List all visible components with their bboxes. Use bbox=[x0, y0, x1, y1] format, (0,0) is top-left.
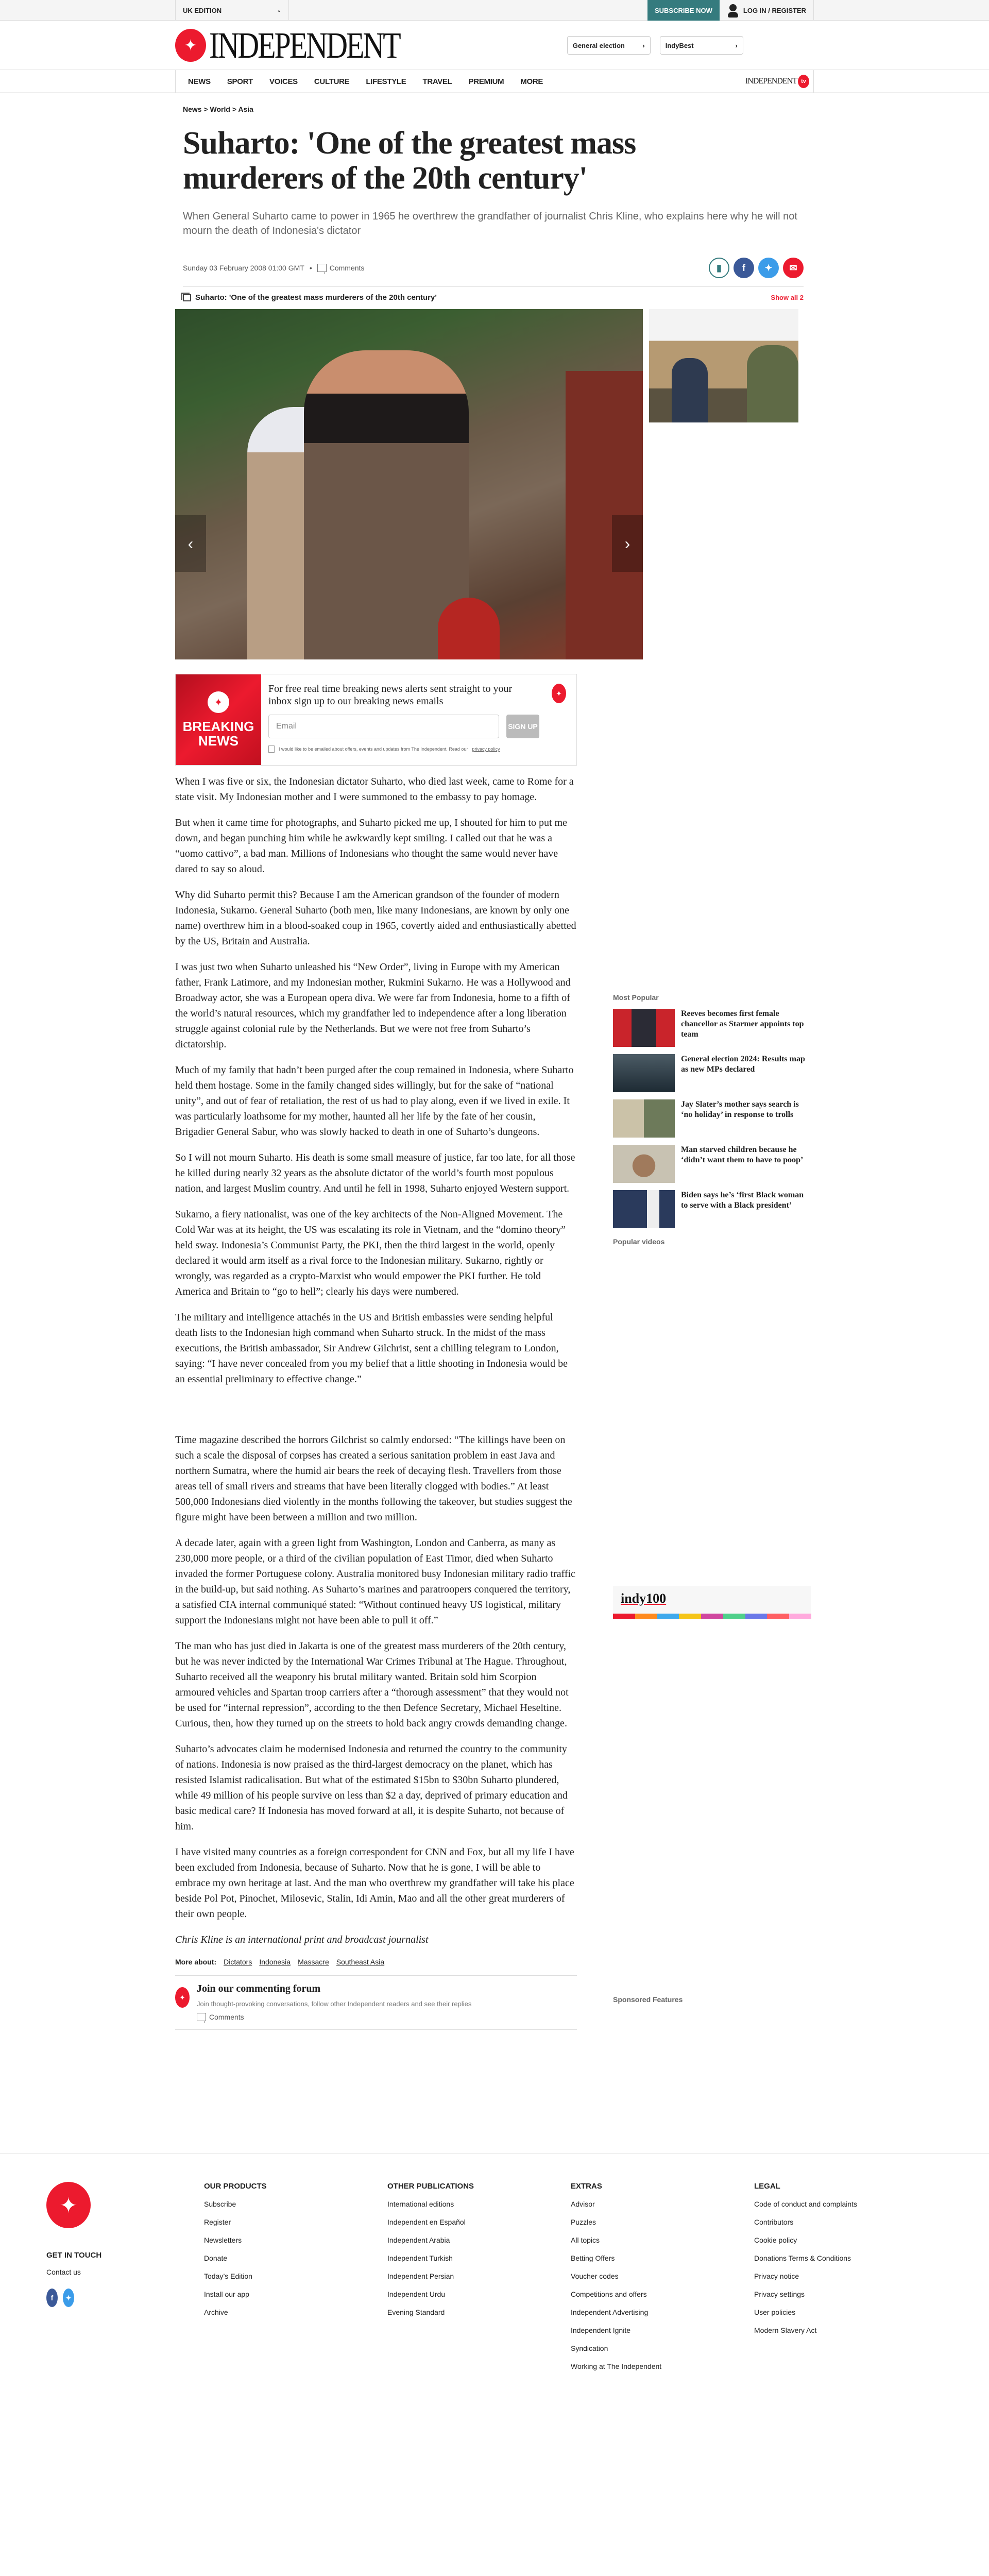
login-label: LOG IN / REGISTER bbox=[743, 7, 806, 14]
footer-link[interactable]: Independent Arabia bbox=[387, 2236, 571, 2244]
article-paragraph: So I will not mourn Suharto. His death i… bbox=[175, 1150, 577, 1196]
sponsored-features-title: Sponsored Features bbox=[613, 1995, 683, 2004]
forum-comments-link[interactable]: Comments bbox=[197, 2013, 471, 2021]
nav-news[interactable]: NEWS bbox=[176, 77, 219, 86]
share-buttons: ▮ f ✦ ✉ bbox=[709, 258, 804, 278]
article-paragraph: Time magazine described the horrors Gilc… bbox=[175, 1432, 577, 1525]
show-all-button[interactable]: Show all 2 bbox=[771, 294, 804, 301]
footer-link[interactable]: Modern Slavery Act bbox=[754, 2326, 937, 2334]
footer-col-our-products: OUR PRODUCTS Subscribe Register Newslett… bbox=[204, 2182, 387, 2380]
footer-twitter-button[interactable]: ✦ bbox=[63, 2289, 74, 2307]
commenting-forum: ✦ Join our commenting forum Join thought… bbox=[175, 1975, 577, 2030]
breaking-news-signup: ✦ BREAKING NEWS For free real time break… bbox=[175, 674, 577, 766]
article-main-column: ✦ BREAKING NEWS For free real time break… bbox=[175, 674, 577, 2030]
nav-premium[interactable]: PREMIUM bbox=[461, 77, 513, 86]
footer-link[interactable]: International editions bbox=[387, 2200, 571, 2208]
article-container: News > World > Asia Suharto: 'One of the… bbox=[175, 105, 814, 2030]
eagle-logo-icon: ✦ bbox=[175, 1987, 190, 2008]
footer-link[interactable]: User policies bbox=[754, 2308, 937, 2316]
edition-label: UK EDITION bbox=[183, 7, 221, 14]
most-popular-headline: Reeves becomes first female chancellor a… bbox=[681, 1009, 809, 1047]
share-email-button[interactable]: ✉ bbox=[783, 258, 804, 278]
image-gallery: ‹ › bbox=[175, 309, 814, 659]
footer-link[interactable]: Install our app bbox=[204, 2290, 387, 2298]
contact-us-link[interactable]: Contact us bbox=[46, 2268, 204, 2276]
article-paragraph: Much of my family that hadn’t been purge… bbox=[175, 1062, 577, 1140]
forum-title: Join our commenting forum bbox=[197, 1983, 471, 1995]
footer-link[interactable]: Today’s Edition bbox=[204, 2272, 387, 2280]
eagle-logo-icon: ✦ bbox=[175, 29, 206, 62]
site-logo[interactable]: ✦ INDEPENDENT bbox=[175, 29, 400, 62]
footer-link[interactable]: Competitions and offers bbox=[571, 2290, 754, 2298]
sign-up-button[interactable]: SIGN UP bbox=[506, 715, 539, 738]
article-paragraph: The man who has just died in Jakarta is … bbox=[175, 1638, 577, 1731]
article-meta: Sunday 03 February 2008 01:00 GMT • Comm… bbox=[183, 258, 804, 278]
most-popular-thumbnail bbox=[613, 1099, 675, 1138]
footer-link[interactable]: Donations Terms & Conditions bbox=[754, 2254, 937, 2262]
article-paragraph: When I was five or six, the Indonesian d… bbox=[175, 774, 577, 805]
most-popular-thumbnail bbox=[613, 1190, 675, 1228]
forum-subtitle: Join thought-provoking conversations, fo… bbox=[197, 2000, 471, 2008]
separator-dot: • bbox=[310, 264, 312, 272]
quick-link-indybest[interactable]: IndyBest › bbox=[660, 36, 743, 55]
footer-col-extras: EXTRAS Advisor Puzzles All topics Bettin… bbox=[571, 2182, 754, 2380]
user-icon bbox=[727, 3, 739, 18]
footer-link[interactable]: Newsletters bbox=[204, 2236, 387, 2244]
more-about-tags: More about: Dictators Indonesia Massacre… bbox=[175, 1958, 577, 1966]
most-popular-item[interactable]: Reeves becomes first female chancellor a… bbox=[613, 1009, 809, 1047]
nav-sport[interactable]: SPORT bbox=[219, 77, 261, 86]
footer-link[interactable]: Independent Urdu bbox=[387, 2290, 571, 2298]
most-popular-headline: Jay Slater’s mother says search is ‘no h… bbox=[681, 1099, 809, 1138]
eagle-logo-icon: ✦ bbox=[46, 2182, 91, 2228]
more-about-label: More about: bbox=[175, 1958, 216, 1966]
footer-col-legal: LEGAL Code of conduct and complaints Con… bbox=[754, 2182, 937, 2380]
eagle-logo-icon: ✦ bbox=[552, 684, 566, 703]
footer-link[interactable]: Archive bbox=[204, 2308, 387, 2316]
comments-label: Comments bbox=[330, 264, 365, 272]
edition-selector[interactable]: UK EDITION ⌄ bbox=[176, 0, 289, 21]
privacy-policy-link[interactable]: privacy policy bbox=[472, 747, 500, 752]
email-input[interactable] bbox=[268, 715, 499, 738]
tv-wordmark: INDEPENDENT bbox=[745, 77, 797, 86]
article-paragraph: I have visited many countries as a forei… bbox=[175, 1844, 577, 1922]
breadcrumb-asia[interactable]: Asia bbox=[238, 105, 253, 113]
most-popular-thumbnail bbox=[613, 1145, 675, 1183]
nav-more[interactable]: MORE bbox=[512, 77, 551, 86]
twitter-icon: ✦ bbox=[764, 263, 772, 274]
most-popular-item[interactable]: Jay Slater’s mother says search is ‘no h… bbox=[613, 1099, 809, 1138]
breadcrumb-separator: > bbox=[203, 105, 210, 113]
most-popular-headline: Man starved children because he ‘didn’t … bbox=[681, 1145, 809, 1183]
photo-shape bbox=[747, 345, 798, 422]
footer-link[interactable]: Working at The Independent bbox=[571, 2362, 754, 2370]
footer-link[interactable]: Independent en Español bbox=[387, 2218, 571, 2226]
subscribe-button[interactable]: SUBSCRIBE NOW bbox=[647, 0, 720, 21]
article-paragraph: But when it came time for photographs, a… bbox=[175, 815, 577, 877]
article-paragraph: Why did Suharto permit this? Because I a… bbox=[175, 887, 577, 949]
footer-col-title: OUR PRODUCTS bbox=[204, 2182, 387, 2191]
breadcrumb-separator: > bbox=[232, 105, 238, 113]
most-popular-item[interactable]: Biden says he’s ‘first Black woman to se… bbox=[613, 1190, 809, 1228]
comment-bubble-icon bbox=[317, 264, 327, 272]
chevron-right-icon: › bbox=[735, 42, 737, 49]
chevron-right-icon: › bbox=[642, 42, 644, 49]
most-popular-headline: Biden says he’s ‘first Black woman to se… bbox=[681, 1190, 809, 1228]
standfirst: When General Suharto came to power in 19… bbox=[183, 209, 801, 238]
wordmark: INDEPENDENT bbox=[209, 27, 400, 64]
breaking-news-headline: For free real time breaking news alerts … bbox=[268, 683, 516, 707]
chevron-down-icon: ⌄ bbox=[277, 8, 281, 13]
footer-link[interactable]: Independent Advertising bbox=[571, 2308, 754, 2316]
gallery-next-button[interactable]: › bbox=[612, 515, 643, 572]
publish-date: Sunday 03 February 2008 01:00 GMT bbox=[183, 264, 304, 272]
footer-facebook-button[interactable]: f bbox=[46, 2289, 58, 2307]
gallery-next-thumbnail[interactable] bbox=[649, 309, 798, 422]
footer-link[interactable]: Puzzles bbox=[571, 2218, 754, 2226]
article-paragraph: I was just two when Suharto unleashed hi… bbox=[175, 959, 577, 1052]
quick-link-label: IndyBest bbox=[666, 42, 694, 49]
bookmark-icon: ▮ bbox=[717, 263, 722, 274]
article-paragraph: Suharto’s advocates claim he modernised … bbox=[175, 1741, 577, 1834]
footer-link[interactable]: Subscribe bbox=[204, 2200, 387, 2208]
footer-link[interactable]: Evening Standard bbox=[387, 2308, 571, 2316]
comment-bubble-icon bbox=[197, 2013, 206, 2021]
most-popular-item[interactable]: Man starved children because he ‘didn’t … bbox=[613, 1145, 809, 1183]
footer-link[interactable]: Cookie policy bbox=[754, 2236, 937, 2244]
breadcrumb-world[interactable]: World bbox=[210, 105, 230, 113]
consent-checkbox[interactable] bbox=[268, 745, 275, 753]
chevron-left-icon: ‹ bbox=[188, 534, 194, 553]
footer-link[interactable]: All topics bbox=[571, 2236, 754, 2244]
most-popular-thumbnail bbox=[613, 1054, 675, 1092]
article-paragraph: The military and intelligence attachés i… bbox=[175, 1310, 577, 1387]
footer-link[interactable]: Privacy settings bbox=[754, 2290, 937, 2298]
footer-col-title: EXTRAS bbox=[571, 2182, 754, 2191]
ad-spacer bbox=[175, 1397, 577, 1432]
photo-shape bbox=[672, 358, 708, 422]
independent-tv-link[interactable]: INDEPENDENT tv bbox=[745, 75, 809, 88]
main-nav: NEWS SPORT VOICES CULTURE LIFESTYLE TRAV… bbox=[0, 70, 989, 93]
masthead: ✦ INDEPENDENT General election › IndyBes… bbox=[0, 21, 989, 70]
most-popular: Most Popular Reeves becomes first female… bbox=[613, 993, 809, 1246]
footer-col-other-publications: OTHER PUBLICATIONS International edition… bbox=[387, 2182, 571, 2380]
tag-dictators[interactable]: Dictators bbox=[224, 1958, 252, 1966]
article-paragraph: Sukarno, a fiery nationalist, was one of… bbox=[175, 1207, 577, 1299]
gallery-prev-button[interactable]: ‹ bbox=[175, 515, 206, 572]
footer-col-title: LEGAL bbox=[754, 2182, 937, 2191]
footer-link[interactable]: Code of conduct and complaints bbox=[754, 2200, 937, 2208]
footer-link[interactable]: Privacy notice bbox=[754, 2272, 937, 2280]
breaking-news-badge: ✦ BREAKING NEWS bbox=[176, 674, 261, 765]
eagle-logo-icon: ✦ bbox=[208, 691, 229, 713]
most-popular-item[interactable]: General election 2024: Results map as ne… bbox=[613, 1054, 809, 1092]
quick-links: General election › IndyBest › bbox=[567, 36, 743, 55]
article-paragraph: A decade later, again with a green light… bbox=[175, 1535, 577, 1628]
footer-link[interactable]: Donate bbox=[204, 2254, 387, 2262]
gallery-title: Suharto: 'One of the greatest mass murde… bbox=[195, 293, 437, 302]
comments-label: Comments bbox=[209, 2013, 244, 2021]
get-in-touch-title: GET IN TOUCH bbox=[46, 2251, 204, 2260]
gallery-header: Suharto: 'One of the greatest mass murde… bbox=[183, 286, 804, 302]
chevron-right-icon: › bbox=[625, 534, 630, 553]
footer-link[interactable]: Advisor bbox=[571, 2200, 754, 2208]
nav-culture[interactable]: CULTURE bbox=[306, 77, 357, 86]
footer-link[interactable]: Betting Offers bbox=[571, 2254, 754, 2262]
most-popular-thumbnail bbox=[613, 1009, 675, 1047]
quick-link-label: General election bbox=[573, 42, 625, 49]
share-twitter-button[interactable]: ✦ bbox=[758, 258, 779, 278]
footer-link[interactable]: Independent Persian bbox=[387, 2272, 571, 2280]
tag-massacre[interactable]: Massacre bbox=[298, 1958, 329, 1966]
footer-link[interactable]: Syndication bbox=[571, 2344, 754, 2352]
nav-lifestyle[interactable]: LIFESTYLE bbox=[357, 77, 414, 86]
tag-indonesia[interactable]: Indonesia bbox=[259, 1958, 291, 1966]
comments-link[interactable]: Comments bbox=[317, 264, 365, 272]
popular-videos-title: Popular videos bbox=[613, 1238, 809, 1246]
gallery-main-image[interactable]: ‹ › bbox=[175, 309, 643, 659]
photo-shape bbox=[438, 598, 500, 659]
top-bar: UK EDITION ⌄ SUBSCRIBE NOW LOG IN / REGI… bbox=[0, 0, 989, 21]
indy100-promo[interactable]: indy100 bbox=[613, 1586, 811, 1619]
footer-link[interactable]: Register bbox=[204, 2218, 387, 2226]
indy100-color-bar bbox=[613, 1614, 811, 1619]
breaking-news-label: BREAKING NEWS bbox=[176, 719, 261, 748]
author-note: Chris Kline is an international print an… bbox=[175, 1932, 577, 1947]
sidebar: Most Popular Reeves becomes first female… bbox=[608, 674, 804, 2030]
footer: ✦ GET IN TOUCH Contact us f ✦ OUR PRODUC… bbox=[0, 2154, 989, 2411]
footer-col-title: OTHER PUBLICATIONS bbox=[387, 2182, 571, 2191]
most-popular-headline: General election 2024: Results map as ne… bbox=[681, 1054, 809, 1092]
tv-badge: tv bbox=[798, 75, 809, 88]
tag-southeast-asia[interactable]: Southeast Asia bbox=[336, 1958, 384, 1966]
footer-link[interactable]: Contributors bbox=[754, 2218, 937, 2226]
article-title: Suharto: 'One of the greatest mass murde… bbox=[183, 126, 770, 196]
twitter-icon: ✦ bbox=[65, 2294, 72, 2302]
nav-voices[interactable]: VOICES bbox=[261, 77, 306, 86]
email-icon: ✉ bbox=[789, 263, 797, 274]
login-register-link[interactable]: LOG IN / REGISTER bbox=[720, 0, 813, 21]
nav-travel[interactable]: TRAVEL bbox=[414, 77, 460, 86]
most-popular-title: Most Popular bbox=[613, 993, 809, 1002]
quick-link-general-election[interactable]: General election › bbox=[567, 36, 651, 55]
indy100-wordmark: indy100 bbox=[613, 1586, 811, 1606]
footer-link[interactable]: Independent Turkish bbox=[387, 2254, 571, 2262]
footer-link[interactable]: Independent Ignite bbox=[571, 2326, 754, 2334]
breadcrumb-news[interactable]: News bbox=[183, 105, 202, 113]
article-body: When I was five or six, the Indonesian d… bbox=[175, 774, 577, 1947]
gallery-icon bbox=[183, 294, 191, 301]
facebook-icon: f bbox=[742, 263, 745, 274]
facebook-icon: f bbox=[51, 2294, 54, 2302]
consent-text: I would like to be emailed about offers,… bbox=[279, 747, 468, 752]
share-facebook-button[interactable]: f bbox=[734, 258, 754, 278]
bookmark-button[interactable]: ▮ bbox=[709, 258, 729, 278]
footer-link[interactable]: Voucher codes bbox=[571, 2272, 754, 2280]
breadcrumb: News > World > Asia bbox=[183, 105, 814, 113]
